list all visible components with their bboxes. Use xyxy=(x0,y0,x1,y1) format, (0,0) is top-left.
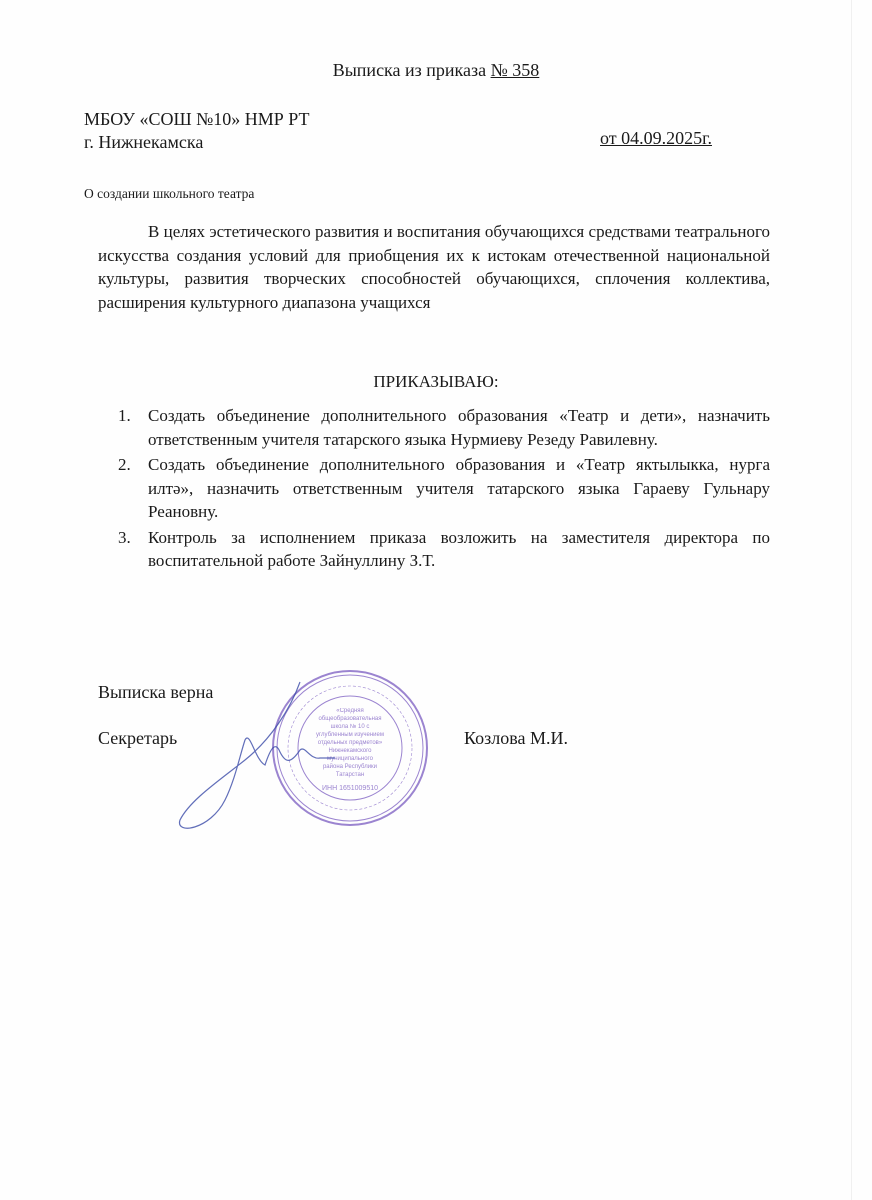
list-item: 3. Контроль за исполнением приказа возло… xyxy=(118,526,770,573)
list-item: 2. Создать объединение дополнительного о… xyxy=(118,453,770,524)
item-text: Создать объединение дополнительного обра… xyxy=(148,455,770,521)
page-edge xyxy=(851,0,852,1200)
item-text: Создать объединение дополнительного обра… xyxy=(148,406,770,449)
order-date: от 04.09.2025г. xyxy=(600,128,712,149)
document-title: Выписка из приказа № 358 xyxy=(0,60,872,81)
item-number: 2. xyxy=(118,453,131,477)
item-number: 1. xyxy=(118,404,131,428)
organization-name: МБОУ «СОШ №10» НМР РТ xyxy=(84,108,310,131)
order-subject: О создании школьного театра xyxy=(84,186,254,202)
list-item: 1. Создать объединение дополнительного о… xyxy=(118,404,770,451)
order-heading: ПРИКАЗЫВАЮ: xyxy=(0,372,872,392)
item-text: Контроль за исполнением приказа возложит… xyxy=(148,528,770,571)
organization-city: г. Нижнекамска xyxy=(84,131,310,154)
order-number: № 358 xyxy=(491,60,540,80)
order-items-list: 1. Создать объединение дополнительного о… xyxy=(118,404,770,575)
item-number: 3. xyxy=(118,526,131,550)
secretary-name: Козлова М.И. xyxy=(464,728,568,749)
organization-block: МБОУ «СОШ №10» НМР РТ г. Нижнекамска xyxy=(84,108,310,154)
preamble-paragraph: В целях эстетического развития и воспита… xyxy=(98,220,770,314)
signature-icon xyxy=(150,670,410,840)
title-prefix: Выписка из приказа xyxy=(333,60,486,80)
document-page: Выписка из приказа № 358 МБОУ «СОШ №10» … xyxy=(0,0,872,1200)
